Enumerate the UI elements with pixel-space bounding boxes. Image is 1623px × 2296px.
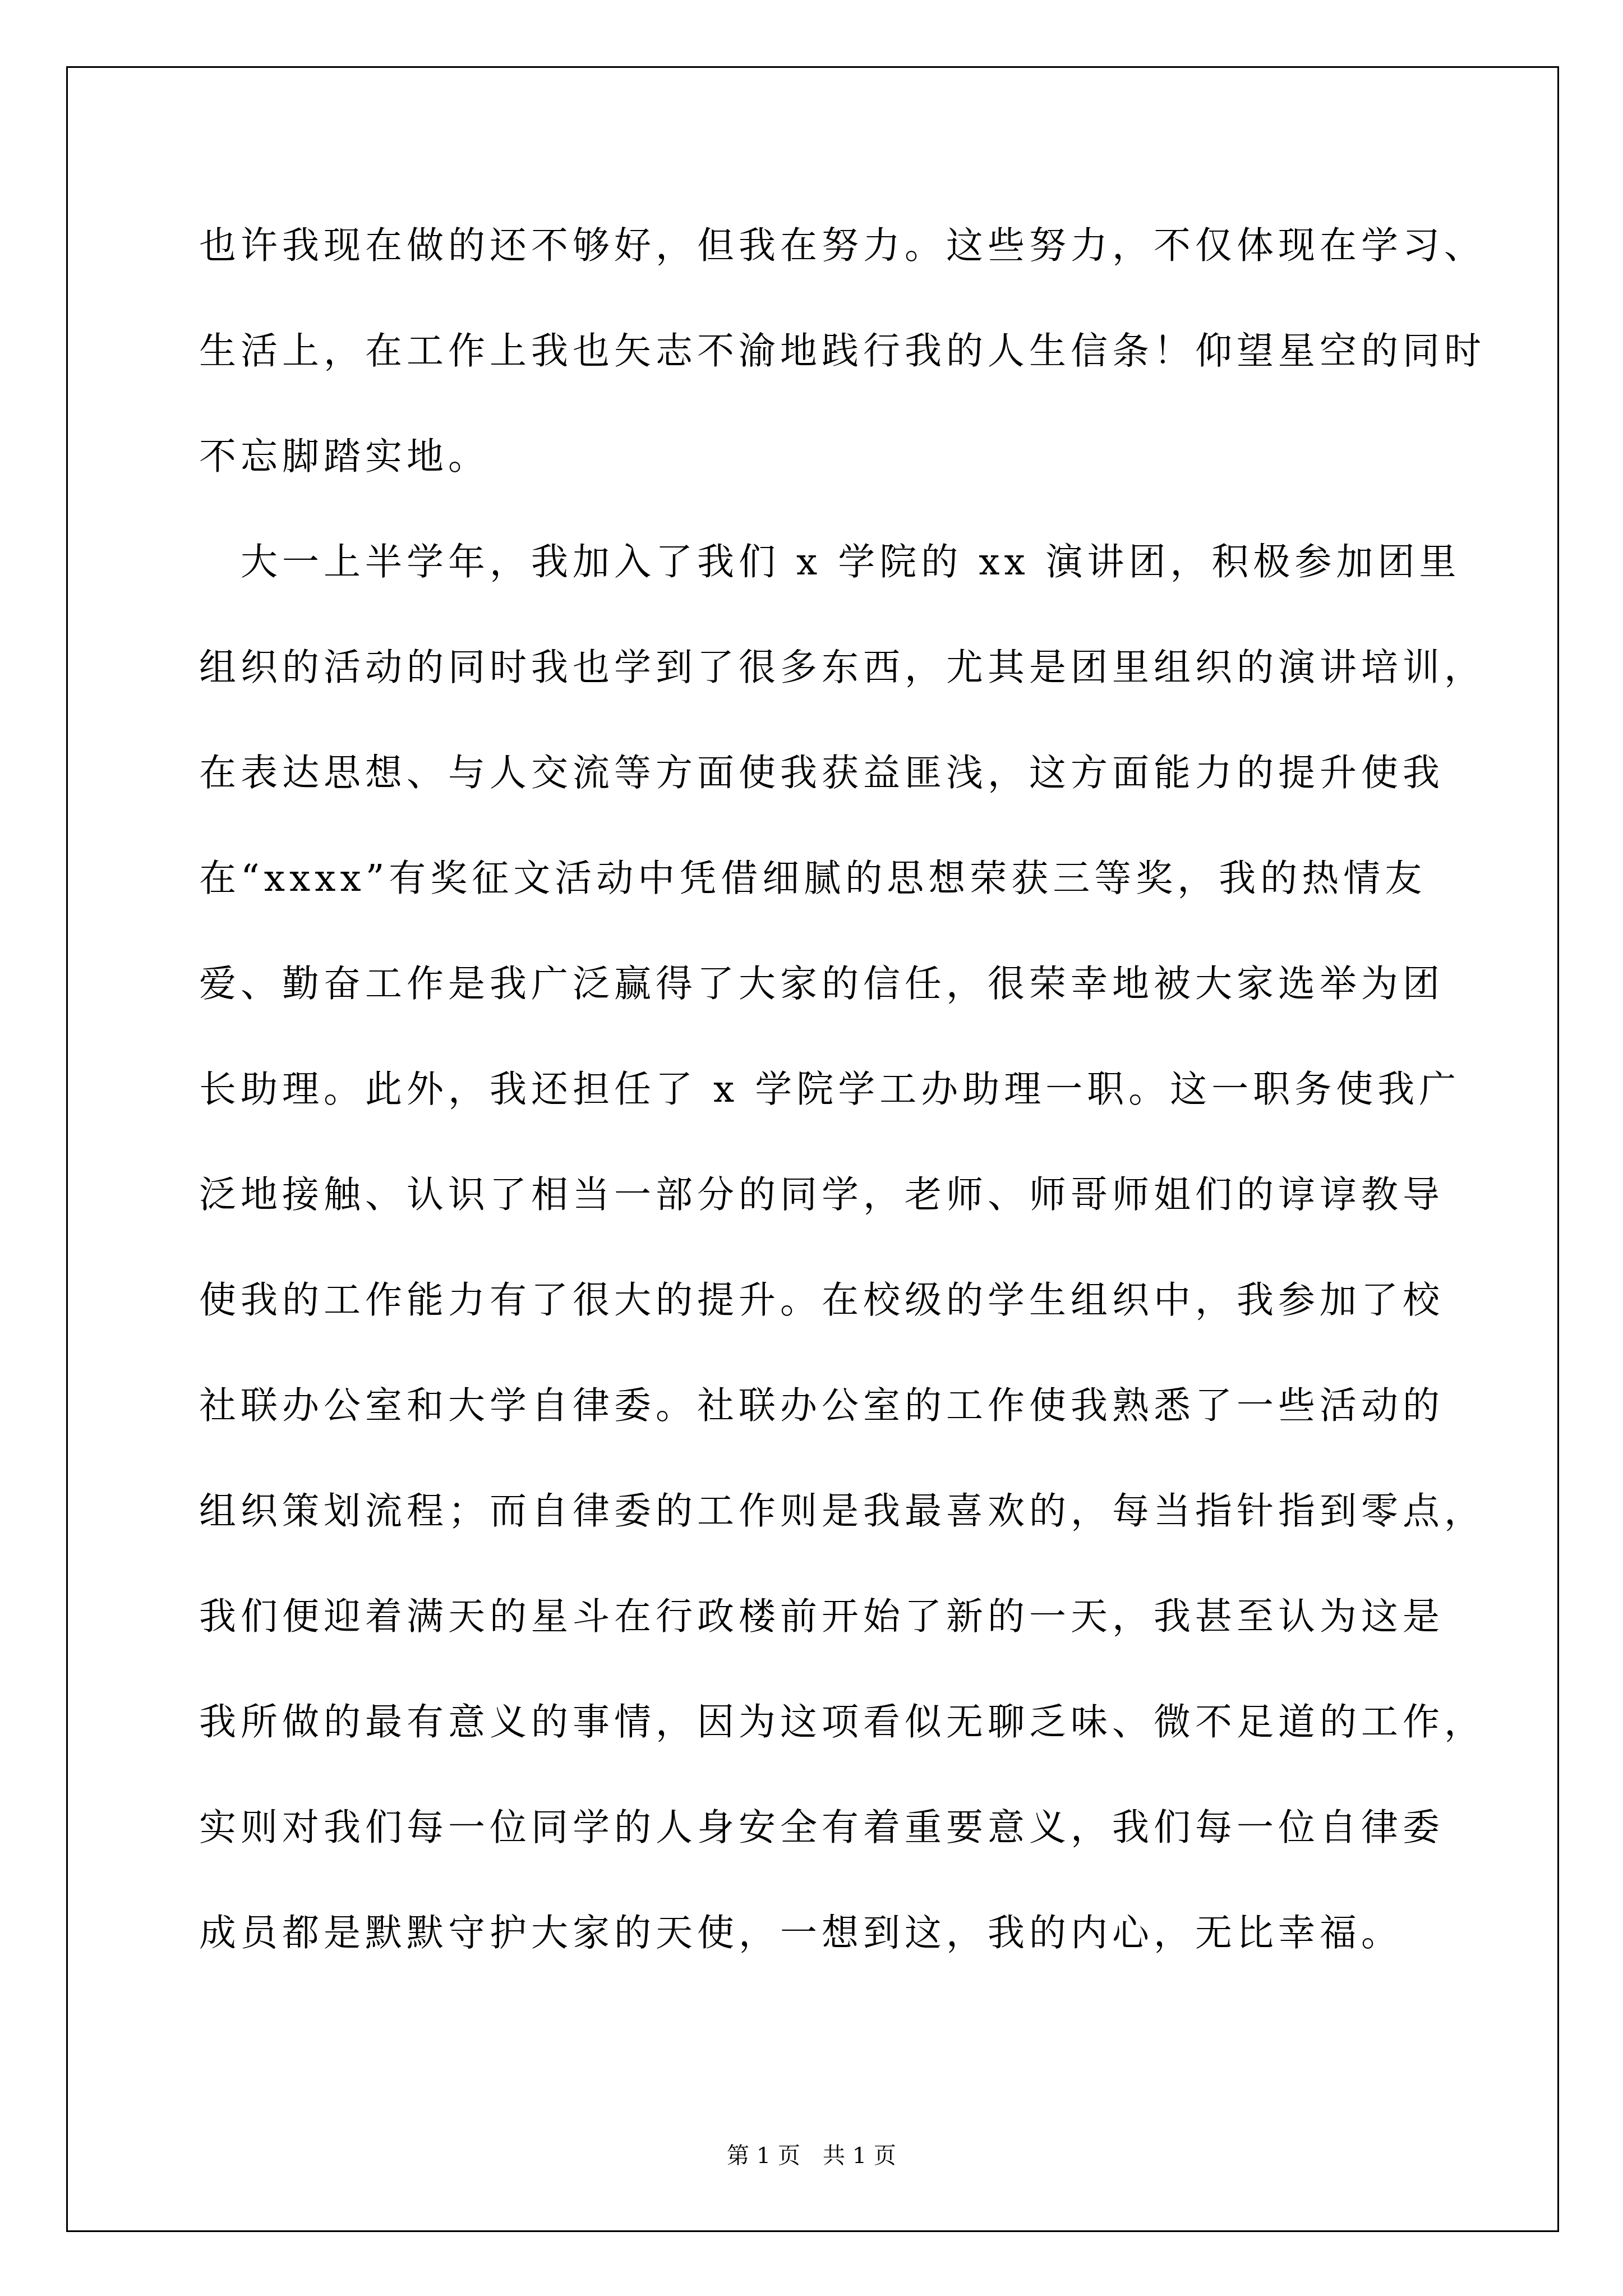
text-line: 泛地接触、认识了相当一部分的同学，老师、师哥师姐们的谆谆教导: [199, 1172, 1433, 1217]
text-line: 组织的活动的同时我也学到了很多东西，尤其是团里组织的演讲培训，: [199, 645, 1433, 690]
text-line: 成员都是默默守护大家的天使，一想到这，我的内心，无比幸福。: [199, 1911, 1433, 1955]
text-line: 也许我现在做的还不够好，但我在努力。这些努力，不仅体现在学习、: [199, 223, 1433, 268]
page-border: [66, 66, 1559, 2232]
text-line: 社联办公室和大学自律委。社联办公室的工作使我熟悉了一些活动的: [199, 1383, 1433, 1428]
text-line: 在“xxxx”有奖征文活动中凭借细腻的思想荣获三等奖，我的热情友: [199, 856, 1433, 901]
text-line: 实则对我们每一位同学的人身安全有着重要意义，我们每一位自律委: [199, 1805, 1433, 1850]
text-line: 长助理。此外，我还担任了 x 学院学工办助理一职。这一职务使我广: [199, 1067, 1433, 1112]
page-footer: 第 1 页 共 1 页: [0, 2142, 1623, 2170]
text-line: 组织策划流程；而自律委的工作则是我最喜欢的，每当指针指到零点，: [199, 1489, 1433, 1534]
text-line: 大一上半学年，我加入了我们 x 学院的 xx 演讲团，积极参加团里: [199, 540, 1433, 585]
text-line: 我所做的最有意义的事情，因为这项看似无聊乏味、微不足道的工作，: [199, 1700, 1433, 1745]
text-line: 爱、勤奋工作是我广泛赢得了大家的信任，很荣幸地被大家选举为团: [199, 961, 1433, 1006]
text-line: 我们便迎着满天的星斗在行政楼前开始了新的一天，我甚至认为这是: [199, 1594, 1433, 1639]
text-line: 生活上，在工作上我也矢志不渝地践行我的人生信条！仰望星空的同时: [199, 329, 1433, 374]
text-line: 使我的工作能力有了很大的提升。在校级的学生组织中，我参加了校: [199, 1278, 1433, 1323]
text-line: 在表达思想、与人交流等方面使我获益匪浅，这方面能力的提升使我: [199, 751, 1433, 795]
text-line: 不忘脚踏实地。: [199, 434, 1433, 479]
